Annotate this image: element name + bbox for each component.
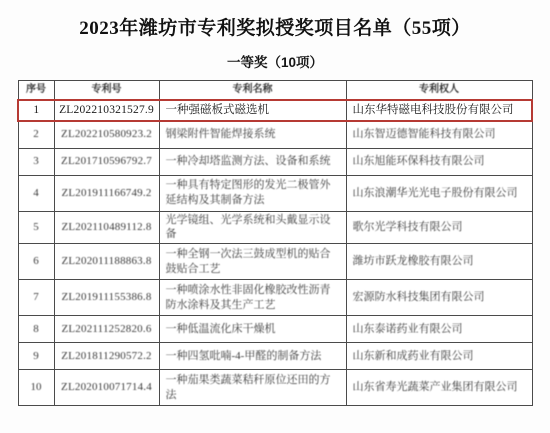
cell-patent-number: ZL202011188863.8: [54, 244, 159, 280]
cell-patent-number: ZL202210321527.9: [54, 100, 159, 121]
cell-patent-holder: 山东省寿光蔬菜产业集团有限公司: [346, 370, 532, 406]
cell-patent-name: 一种具有特定图形的发光二极管外延结构及其制备方法: [159, 175, 346, 211]
cell-index: 3: [18, 148, 54, 175]
cell-patent-number: ZL201710596792.7: [54, 148, 159, 175]
table-header: 序号专利号专利名称专利权人: [18, 81, 532, 101]
table-row: 1ZL202210321527.9一种强磁板式磁选机山东华特磁电科技股份有限公司: [18, 100, 532, 121]
column-header-2: 专利名称: [159, 81, 346, 101]
patent-award-table: 序号专利号专利名称专利权人 1ZL202210321527.9一种强磁板式磁选机…: [17, 80, 533, 406]
table-header-row: 序号专利号专利名称专利权人: [18, 81, 532, 101]
cell-patent-name: 一种四氢吡喃-4-甲醛的制备方法: [159, 343, 346, 370]
cell-patent-holder: 山东浪潮华光光电子股份有限公司: [346, 175, 532, 211]
cell-index: 5: [18, 211, 54, 244]
cell-index: 4: [18, 175, 54, 211]
cell-index: 8: [18, 316, 54, 343]
cell-patent-holder: 潍坊市跃龙橡胶有限公司: [346, 244, 532, 280]
table-row: 8ZL202111252820.6一种低温流化床干燥机山东泰诺药业有限公司: [18, 316, 532, 343]
cell-patent-name: 一种全钢一次法三鼓成型机的贴合鼓贴合工艺: [159, 244, 346, 280]
cell-patent-holder: 山东泰诺药业有限公司: [346, 316, 532, 343]
table-row: 4ZL201911166749.2一种具有特定图形的发光二极管外延结构及其制备方…: [18, 175, 532, 211]
cell-patent-name: 光学镜组、光学系统和头戴显示设备: [159, 211, 346, 244]
cell-patent-holder: 山东华特磁电科技股份有限公司: [346, 100, 532, 121]
cell-patent-number: ZL201811290572.2: [54, 343, 159, 370]
table-row: 9ZL201811290572.2一种四氢吡喃-4-甲醛的制备方法山东新和成药业…: [18, 343, 532, 370]
cell-patent-name: 一种强磁板式磁选机: [159, 100, 346, 121]
table-row: 7ZL201911155386.8一种喷涂水性非固化橡胶改性沥青防水涂料及其生产…: [18, 280, 532, 316]
cell-patent-number: ZL201911155386.8: [54, 280, 159, 316]
table-row: 2ZL202210580923.2钢梁附件智能焊接系统山东智迈德智能科技有限公司: [18, 121, 532, 148]
section-subtitle: 一等奖（10项）: [0, 51, 550, 71]
cell-patent-number: ZL202210580923.2: [54, 121, 159, 148]
cell-patent-name: 一种茄果类蔬菜秸秆原位还田的方法: [159, 370, 346, 406]
cell-patent-name: 钢梁附件智能焊接系统: [159, 121, 346, 148]
table-row: 6ZL202011188863.8一种全钢一次法三鼓成型机的贴合鼓贴合工艺潍坊市…: [18, 244, 532, 280]
table-row: 5ZL202110489112.8光学镜组、光学系统和头戴显示设备歌尔光学科技有…: [18, 211, 532, 244]
page-title: 2023年潍坊市专利奖拟授奖项目名单（55项）: [0, 0, 550, 40]
cell-index: 6: [18, 244, 54, 280]
cell-patent-holder: 宏源防水科技集团有限公司: [346, 280, 532, 316]
cell-patent-name: 一种低温流化床干燥机: [159, 316, 346, 343]
cell-patent-holder: 山东旭能环保科技有限公司: [346, 148, 532, 175]
table-row: 10ZL202010071714.4一种茄果类蔬菜秸秆原位还田的方法山东省寿光蔬…: [18, 370, 532, 406]
cell-index: 10: [18, 370, 54, 406]
column-header-0: 序号: [18, 81, 54, 101]
cell-patent-holder: 歌尔光学科技有限公司: [346, 211, 532, 244]
cell-index: 1: [18, 100, 54, 121]
cell-patent-number: ZL202111252820.6: [54, 316, 159, 343]
table-row: 3ZL201710596792.7一种冷却塔监测方法、设备和系统山东旭能环保科技…: [18, 148, 532, 175]
cell-patent-number: ZL202110489112.8: [54, 211, 159, 244]
document-page: 2023年潍坊市专利奖拟授奖项目名单（55项） 一等奖（10项） 序号专利号专利…: [0, 0, 550, 433]
cell-patent-name: 一种冷却塔监测方法、设备和系统: [159, 148, 346, 175]
table-body: 1ZL202210321527.9一种强磁板式磁选机山东华特磁电科技股份有限公司…: [18, 100, 532, 406]
column-header-1: 专利号: [54, 81, 159, 101]
cell-patent-number: ZL202010071714.4: [54, 370, 159, 406]
cell-index: 7: [18, 280, 54, 316]
cell-patent-holder: 山东智迈德智能科技有限公司: [346, 121, 532, 148]
cell-patent-holder: 山东新和成药业有限公司: [346, 343, 532, 370]
column-header-3: 专利权人: [346, 81, 532, 101]
cell-patent-name: 一种喷涂水性非固化橡胶改性沥青防水涂料及其生产工艺: [159, 280, 346, 316]
cell-index: 9: [18, 343, 54, 370]
cell-patent-number: ZL201911166749.2: [54, 175, 159, 211]
cell-index: 2: [18, 121, 54, 148]
